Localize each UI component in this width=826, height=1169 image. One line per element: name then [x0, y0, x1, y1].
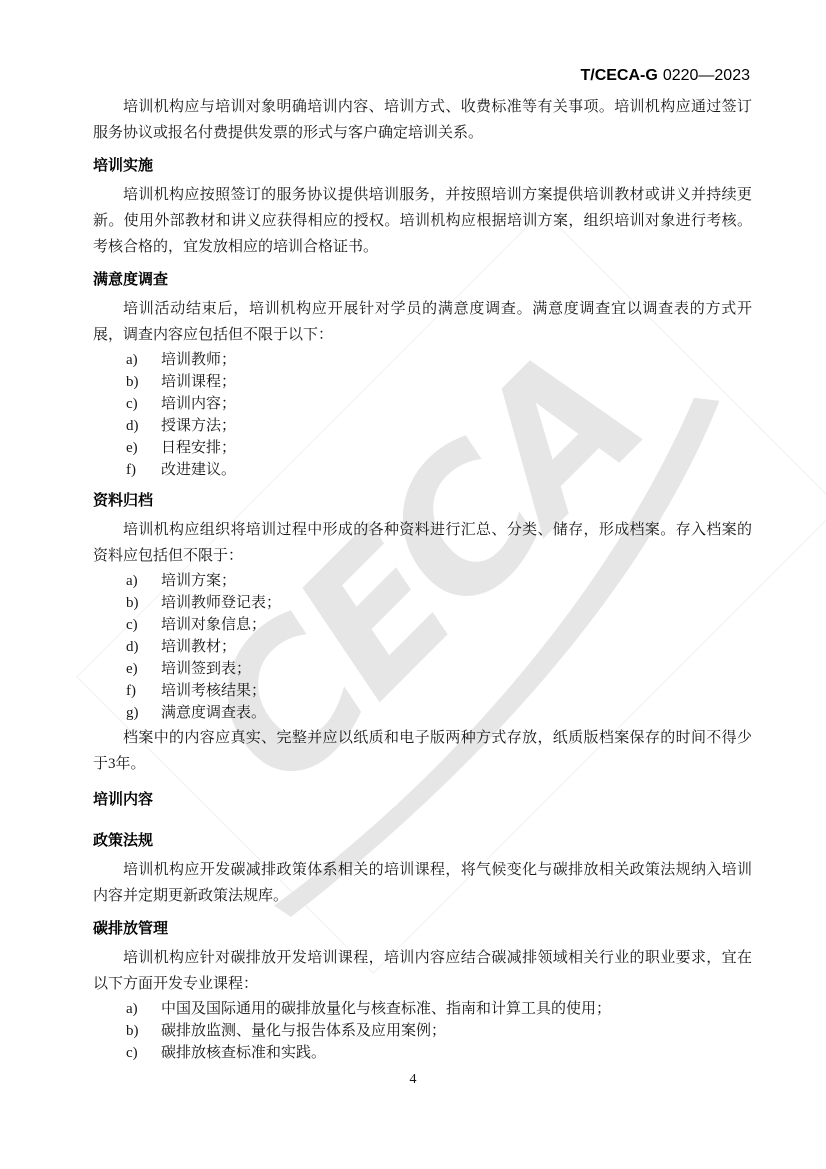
list-item-text: 满意度调查表。 [161, 702, 752, 724]
list-item-text: 授课方法； [161, 415, 752, 437]
list-item: b)碳排放监测、量化与报告体系及应用案例； [93, 1020, 752, 1042]
list-item-label: c) [126, 614, 161, 636]
list-item-text: 培训教材； [161, 636, 752, 658]
paragraph: 培训机构应开发碳减排政策体系相关的培训课程，将气候变化与碳排放相关政策法规纳入培… [93, 857, 752, 909]
page-number: 4 [0, 1072, 826, 1088]
list-item-text: 碳排放核查标准和实践。 [161, 1042, 752, 1064]
list-item: e)日程安排； [93, 437, 752, 459]
list-item: c)培训对象信息； [93, 614, 752, 636]
list-item-label: g) [126, 702, 161, 724]
list-item-label: f) [126, 459, 161, 481]
list-item-label: a) [126, 998, 161, 1020]
list-item-label: c) [126, 1042, 161, 1064]
list-item: e)培训签到表； [93, 658, 752, 680]
list-item-text: 培训内容； [161, 393, 752, 415]
list-item-label: b) [126, 592, 161, 614]
list-item: a)中国及国际通用的碳排放量化与核查标准、指南和计算工具的使用； [93, 998, 752, 1020]
lettered-list: a)培训方案；b)培训教师登记表；c)培训对象信息；d)培训教材；e)培训签到表… [93, 570, 752, 724]
paragraph: 培训机构应按照签订的服务协议提供培训服务，并按照培训方案提供培训教材或讲义并持续… [93, 182, 752, 260]
lettered-list: a)中国及国际通用的碳排放量化与核查标准、指南和计算工具的使用；b)碳排放监测、… [93, 998, 752, 1064]
paragraph: 培训机构应与培训对象明确培训内容、培训方式、收费标准等有关事项。培训机构应通过签… [93, 94, 752, 146]
list-item-label: e) [126, 437, 161, 459]
header-standard-number: 0220—2023 [663, 67, 750, 84]
list-item: d)培训教材； [93, 636, 752, 658]
list-item-text: 培训对象信息； [161, 614, 752, 636]
section-heading: 培训内容 [93, 790, 752, 809]
list-item-text: 培训课程； [161, 371, 752, 393]
list-item-label: e) [126, 658, 161, 680]
list-item-text: 培训教师登记表； [161, 592, 752, 614]
paragraph: 档案中的内容应真实、完整并应以纸质和电子版两种方式存放，纸质版档案保存的时间不得… [93, 725, 752, 777]
clause-heading: 满意度调查 [93, 270, 752, 289]
paragraph: 培训机构应针对碳排放开发培训课程，培训内容应结合碳减排领域相关行业的职业要求，宜… [93, 945, 752, 997]
list-item-label: a) [126, 570, 161, 592]
list-item-text: 日程安排； [161, 437, 752, 459]
list-item: f)改进建议。 [93, 459, 752, 481]
list-item-label: d) [126, 636, 161, 658]
list-item: c)培训内容； [93, 393, 752, 415]
header-standard-code: T/CECA-G [580, 67, 657, 84]
header-document-code: T/CECA-G0220—2023 [580, 66, 750, 86]
list-item-text: 中国及国际通用的碳排放量化与核查标准、指南和计算工具的使用； [161, 998, 752, 1020]
list-item: b)培训教师登记表； [93, 592, 752, 614]
list-item: b)培训课程； [93, 371, 752, 393]
list-item-text: 培训教师； [161, 349, 752, 371]
list-item: a)培训教师； [93, 349, 752, 371]
list-item: f)培训考核结果； [93, 680, 752, 702]
clause-heading: 碳排放管理 [93, 919, 752, 938]
list-item: d)授课方法； [93, 415, 752, 437]
list-item-text: 培训方案； [161, 570, 752, 592]
list-item-text: 培训签到表； [161, 658, 752, 680]
list-item-label: d) [126, 415, 161, 437]
list-item-text: 碳排放监测、量化与报告体系及应用案例； [161, 1020, 752, 1042]
list-item-label: b) [126, 371, 161, 393]
list-item-text: 改进建议。 [161, 459, 752, 481]
paragraph: 培训活动结束后，培训机构应开展针对学员的满意度调查。满意度调查宜以调查表的方式开… [93, 296, 752, 348]
clause-heading: 资料归档 [93, 491, 752, 510]
list-item-label: c) [126, 393, 161, 415]
list-item: g)满意度调查表。 [93, 702, 752, 724]
list-item-label: a) [126, 349, 161, 371]
clause-heading: 培训实施 [93, 156, 752, 175]
list-item-text: 培训考核结果； [161, 680, 752, 702]
list-item: c)碳排放核查标准和实践。 [93, 1042, 752, 1064]
list-item-label: f) [126, 680, 161, 702]
clause-heading: 政策法规 [93, 831, 752, 850]
document-body: 培训机构应与培训对象明确培训内容、培训方式、收费标准等有关事项。培训机构应通过签… [93, 94, 752, 1065]
list-item: a)培训方案； [93, 570, 752, 592]
paragraph: 培训机构应组织将培训过程中形成的各种资料进行汇总、分类、储存，形成档案。存入档案… [93, 517, 752, 569]
list-item-label: b) [126, 1020, 161, 1042]
document-page: T/CECA-G0220—2023 培训机构应与培训对象明确培训内容、培训方式、… [0, 0, 826, 1169]
lettered-list: a)培训教师；b)培训课程；c)培训内容；d)授课方法；e)日程安排；f)改进建… [93, 349, 752, 481]
